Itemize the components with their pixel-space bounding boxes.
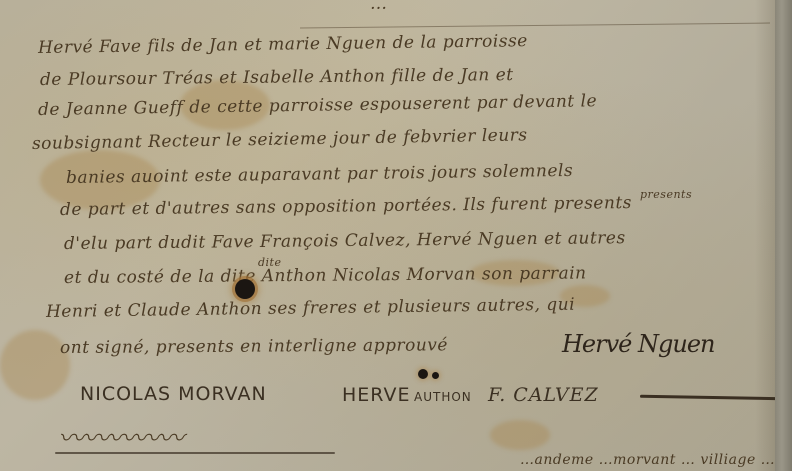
ink-dot: [418, 369, 428, 379]
bottom-fragment: …andeme …morvant … villiage …: [520, 452, 775, 468]
manuscript-page: … Hervé Fave fils de Jan et marie Nguen …: [0, 0, 775, 471]
text-line-1: Hervé Fave fils de Jan et marie Nguen de…: [38, 31, 528, 58]
signature-nicolas-morvan: NICOLAS MORVAN: [80, 383, 267, 405]
signature-herve-nguen: Hervé Nguen: [562, 330, 714, 358]
signature-underline: [55, 452, 335, 454]
ink-dot: [432, 372, 439, 379]
signature-f-calvez: F. CALVEZ: [488, 384, 599, 406]
ruled-separator: [300, 23, 770, 29]
top-fragment: …: [370, 0, 388, 14]
signature-authon: AUTHON: [414, 390, 472, 404]
text-line-3: de Jeanne Gueff de cette parroisse espou…: [38, 91, 597, 120]
page-edge-shadow: [755, 0, 775, 471]
rector-signature: 〰〰〰〰〰: [58, 418, 183, 455]
interlinear-presents: presents: [640, 188, 692, 201]
text-line-4: soubsignant Recteur le seizieme jour de …: [32, 125, 528, 154]
ink-blot: [235, 279, 255, 299]
text-line-7: d'elu part dudit Fave François Calvez, H…: [64, 228, 626, 254]
text-line-9: Henri et Claude Anthon ses freres et plu…: [46, 295, 575, 322]
text-line-2: de Ploursour Tréas et Isabelle Anthon fi…: [40, 65, 514, 90]
signature-herve: HERVE: [342, 384, 410, 406]
binding-edge: [775, 0, 792, 471]
text-line-10: ont signé, presents en interligne approu…: [60, 335, 448, 358]
water-stain: [490, 420, 550, 450]
